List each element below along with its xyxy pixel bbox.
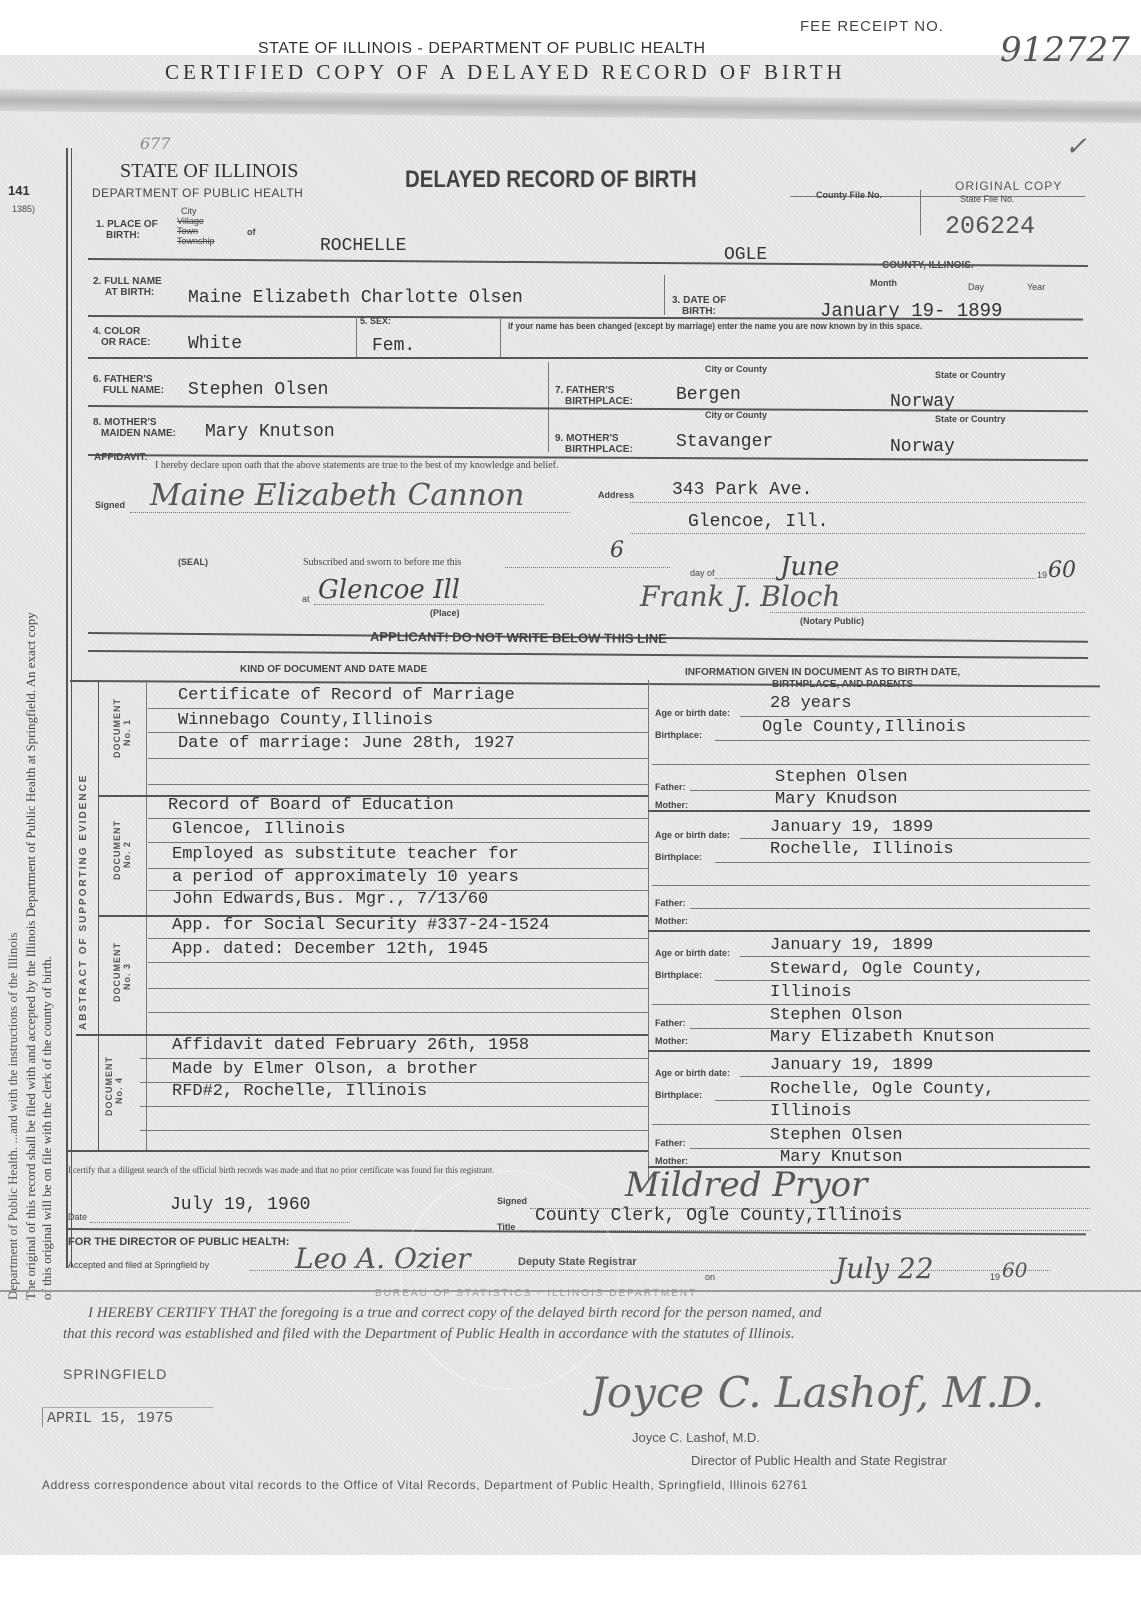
doc-2-rule-1 [148, 818, 648, 819]
address-line-1-rule [630, 502, 1085, 503]
father-name-label: 6. FATHER'S FULL NAME: [93, 374, 164, 396]
option-village: Village [177, 216, 215, 226]
form-title: DELAYED RECORD OF BIRTH [405, 166, 697, 194]
father-label-1: 6. FATHER'S [93, 374, 164, 385]
mother-birthplace-label-1: 9. MOTHER'S [555, 433, 633, 444]
name-date-divider [664, 275, 665, 315]
date-label: Date [68, 1212, 87, 1222]
affidavit-text: I hereby declare upon oath that the abov… [155, 460, 558, 471]
doc-1-mother-label: Mother: [655, 800, 688, 810]
doc-3-rule-1 [148, 938, 648, 939]
doc-3-birthplace-label: Birthplace: [655, 970, 702, 980]
doc-1-mother: Mary Knudson [775, 790, 897, 809]
full-name-label-1: 2. FULL NAME [93, 276, 162, 287]
color-label-2: OR RACE: [93, 337, 150, 348]
doc-3-father-label: Father: [655, 1018, 686, 1028]
doc-3-label-text: DOCUMENT [112, 942, 122, 1002]
doc-2-birthplace-rule-2 [652, 885, 1090, 886]
doc-2-line-4: a period of approximately 10 years [172, 868, 519, 887]
place-of-birth-label-2: BIRTH: [96, 230, 158, 241]
notary-label: (Notary Public) [800, 616, 864, 626]
option-township: Township [177, 236, 215, 246]
doc-3-rule-2 [148, 962, 648, 963]
affidavit-label: AFFIDAVIT: [94, 452, 148, 463]
certification-text: I certify that a diligent search of the … [68, 1166, 494, 1176]
director-signature: Joyce C. Lashof, M.D. [590, 1368, 1044, 1417]
doc-3-mother-label: Mother: [655, 1036, 688, 1046]
mother-name-value: Mary Knutson [205, 422, 335, 442]
notary-line [770, 612, 1085, 613]
doc-1-birthplace-rule-2 [652, 764, 1090, 765]
mother-birthplace-label-2: BIRTHPLACE: [555, 444, 633, 455]
doc-3-age-label: Age or birth date: [655, 948, 730, 958]
state-file-number: 206224 [945, 212, 1035, 241]
sworn-day: 6 [610, 538, 624, 563]
place-of-birth-label-1: 1. PLACE OF [96, 219, 158, 230]
margin-vertical-text-3: of this original will be on file with th… [39, 956, 55, 1300]
doc-1-birthplace-label: Birthplace: [655, 730, 702, 740]
doc-4-age-label: Age or birth date: [655, 1068, 730, 1078]
address-line-2: Glencoe, Ill. [688, 512, 828, 532]
address-label: Address [598, 490, 634, 500]
document-3-label: DOCUMENT No. 3 [112, 942, 132, 1002]
birth-city: ROCHELLE [320, 236, 406, 256]
sworn-month-line [715, 578, 1035, 579]
year-label: Year [1027, 282, 1045, 292]
notary-signature: Frank J. Bloch [640, 580, 840, 613]
doc-2-number: No. 2 [122, 820, 132, 880]
doc-1-birthplace: Ogle County,Illinois [762, 718, 966, 737]
signed-line [130, 512, 570, 513]
color-race-value: White [188, 334, 242, 354]
issue-date: APRIL 15, 1975 [42, 1407, 213, 1427]
certified-copy-title: CERTIFIED COPY OF A DELAYED RECORD OF BI… [165, 60, 846, 85]
evidence-left-header: KIND OF DOCUMENT AND DATE MADE [240, 664, 427, 675]
mother-name-label: 8. MOTHER'S MAIDEN NAME: [93, 417, 176, 439]
doc-3-birthplace-2: Illinois [770, 983, 852, 1002]
certification-date: July 19, 1960 [170, 1195, 310, 1215]
filed-year: 60 [1002, 1258, 1027, 1282]
director-name: Joyce C. Lashof, M.D. [632, 1430, 760, 1445]
father-city-label: City or County [705, 364, 767, 374]
checkmark: ✓ [1065, 132, 1087, 162]
doc-2-rule-2 [148, 842, 648, 843]
director-title: Director of Public Health and State Regi… [691, 1453, 947, 1468]
certify-text-line-1: I HEREBY CERTIFY THAT the foregoing is a… [88, 1305, 822, 1322]
doc-4-birthplace-rule-2 [652, 1124, 1090, 1125]
doc-4-age: January 19, 1899 [770, 1056, 933, 1075]
doc-2-age-label: Age or birth date: [655, 830, 730, 840]
doc-1-father: Stephen Olsen [775, 768, 908, 787]
place-value: Glencoe Ill [318, 575, 460, 605]
dob-label-1: 3. DATE OF [672, 295, 726, 306]
option-city: City [177, 206, 215, 216]
rule-3 [88, 357, 1088, 359]
doc-1-age: 28 years [770, 694, 852, 713]
form-revision: 1385) [12, 204, 35, 214]
doc-4-birthplace-1: Rochelle, Ogle County, [770, 1080, 994, 1099]
on-label: on [705, 1272, 715, 1282]
signed-label: Signed [95, 500, 125, 510]
address-line-1: 343 Park Ave. [672, 480, 812, 500]
year-prefix: 19 [1037, 570, 1047, 580]
doc-4-rule-3 [140, 1106, 648, 1107]
accepted-label: Accepted and filed at Springfield by [68, 1260, 209, 1270]
sex-value: Fem. [372, 336, 415, 356]
form-left-border [66, 148, 68, 1268]
doc-1-line-3: Date of marriage: June 28th, 1927 [178, 734, 515, 753]
doc-4-bottom-rule [66, 1150, 648, 1152]
doc-2-father-label: Father: [655, 898, 686, 908]
father-birthplace-label-1: 7. FATHER'S [555, 385, 633, 396]
doc-3-birthplace-rule-2 [652, 1004, 1090, 1005]
doc-2-right-bottom-rule [648, 930, 1090, 932]
embossed-seal [400, 1170, 620, 1390]
margin-vertical-text-1: Department of Public Health. ...and with… [5, 932, 21, 1300]
doc-1-label-text: DOCUMENT [112, 698, 122, 758]
document-4-label: DOCUMENT No. 4 [104, 1056, 124, 1116]
doc-1-line-1: Certificate of Record of Marriage [178, 686, 515, 705]
doc-1-birthplace-rule [715, 740, 1090, 741]
address-line-2-rule [630, 533, 1085, 534]
doc-1-father-label: Father: [655, 782, 686, 792]
color-label-1: 4. COLOR [93, 326, 150, 337]
father-name-value: Stephen Olsen [188, 380, 328, 400]
doc-4-rule-1 [140, 1058, 648, 1059]
place-line [314, 604, 544, 605]
father-birthplace-label-2: BIRTHPLACE: [555, 396, 633, 407]
year-suffix: 60 [1048, 558, 1076, 583]
county-file-label: County File No. [816, 190, 882, 200]
full-name-value: Maine Elizabeth Charlotte Olsen [188, 288, 523, 308]
mother-label-1: 8. MOTHER'S [93, 417, 176, 428]
mother-birth-country: Norway [890, 437, 955, 457]
doc-2-line-5: John Edwards,Bus. Mgr., 7/13/60 [172, 890, 488, 909]
director-label: FOR THE DIRECTOR OF PUBLIC HEALTH: [68, 1236, 289, 1248]
name-change-note: If your name has been changed (except by… [508, 321, 922, 331]
filed-year-prefix: 19 [990, 1272, 1000, 1282]
doc-4-father-label: Father: [655, 1138, 686, 1148]
doc-4-age-rule [740, 1076, 1090, 1077]
color-race-label: 4. COLOR OR RACE: [93, 326, 150, 348]
doc-2-father-rule [690, 908, 1090, 909]
doc-2-mother-label: Mother: [655, 916, 688, 926]
doc-3-number: No. 3 [122, 942, 132, 1002]
month-label: Month [870, 278, 897, 288]
sex-note-divider [500, 316, 501, 358]
seal-label: (SEAL) [178, 557, 208, 567]
margin-vertical-text-2: The original of this record shall be fil… [23, 612, 39, 1300]
doc-3-line-1: App. for Social Security #337-24-1524 [172, 916, 549, 935]
doc-4-father: Stephen Olsen [770, 1126, 903, 1145]
state-of-illinois: STATE OF ILLINOIS [120, 160, 298, 183]
clerk-signature: Mildred Pryor [625, 1165, 867, 1205]
correspondence-note: Address correspondence about vital recor… [42, 1478, 808, 1492]
father-label-2: FULL NAME: [93, 385, 164, 396]
day-of-label: day of [690, 568, 715, 578]
place-of-birth-label: 1. PLACE OF BIRTH: [96, 219, 158, 241]
day-label: Day [968, 282, 984, 292]
document-2-label: DOCUMENT No. 2 [112, 820, 132, 880]
full-name-label: 2. FULL NAME AT BIRTH: [93, 276, 162, 298]
doc-2-birthplace-label: Birthplace: [655, 852, 702, 862]
do-not-write-notice: APPLICANT! DO NOT WRITE BELOW THIS LINE [370, 629, 667, 646]
handwritten-number: 677 [140, 134, 171, 153]
doc-1-line-2: Winnebago County,Illinois [178, 711, 433, 730]
form-left-border-inner [71, 148, 72, 1268]
date-line [90, 1222, 350, 1223]
evidence-right-header-1: INFORMATION GIVEN IN DOCUMENT AS TO BIRT… [685, 667, 960, 678]
certify-text-line-2: that this record was established and fil… [63, 1326, 795, 1343]
place-label: (Place) [430, 608, 460, 618]
doc-4-label-text: DOCUMENT [104, 1056, 114, 1116]
full-name-label-2: AT BIRTH: [93, 287, 162, 298]
at-label: at [302, 594, 310, 604]
place-of-label: of [247, 227, 256, 237]
state-file-label: State File No. [960, 194, 1015, 204]
mother-city-label: City or County [705, 410, 767, 420]
doc-1-age-rule [740, 716, 1090, 717]
department-name: DEPARTMENT OF PUBLIC HEALTH [92, 186, 303, 200]
doc-2-birthplace-rule [715, 862, 1090, 863]
doc-4-birthplace-2: Illinois [770, 1102, 852, 1121]
doc-3-right-bottom-rule [648, 1050, 1090, 1052]
sworn-text: Subscribed and sworn to before me this [303, 557, 461, 568]
doc-3-birthplace-1: Steward, Ogle County, [770, 960, 984, 979]
doc-3-age: January 19, 1899 [770, 936, 933, 955]
agency-line: STATE OF ILLINOIS - DEPARTMENT OF PUBLIC… [258, 40, 706, 58]
mother-birth-city: Stavanger [676, 432, 773, 452]
doc-1-rule-4 [148, 784, 648, 785]
dob-label-2: BIRTH: [672, 306, 726, 317]
fee-receipt-label: FEE RECEIPT NO. [800, 18, 944, 35]
document-1-label: DOCUMENT No. 1 [112, 698, 132, 758]
doc-2-label-text: DOCUMENT [112, 820, 122, 880]
mother-state-label: State or Country [935, 414, 1006, 424]
doc-3-rule-3 [148, 988, 648, 989]
option-town: Town [177, 226, 215, 236]
doc-4-line-3: RFD#2, Rochelle, Illinois [172, 1082, 427, 1101]
doc-2-age: January 19, 1899 [770, 818, 933, 837]
place-type-options: City Village Town Township [177, 206, 215, 246]
father-birth-city: Bergen [676, 385, 741, 405]
doc-3-mother: Mary Elizabeth Knutson [770, 1028, 994, 1047]
supporting-evidence-side-label: ABSTRACT OF SUPPORTING EVIDENCE [78, 774, 89, 1030]
mother-label-2: MAIDEN NAME: [93, 428, 176, 439]
date-of-birth-label: 3. DATE OF BIRTH: [672, 295, 726, 317]
color-sex-divider [356, 316, 357, 358]
doc-2-line-2: Glencoe, Illinois [172, 820, 345, 839]
doc-3-birthplace-rule [715, 980, 1090, 981]
doc-4-birthplace-label: Birthplace: [655, 1090, 702, 1100]
doc-4-rule-4 [140, 1130, 648, 1131]
form-number: 141 [8, 183, 30, 198]
doc-1-right-bottom-rule [648, 810, 1090, 812]
doc-1-rule-3 [148, 758, 648, 759]
father-state-label: State or Country [935, 370, 1006, 380]
doc-2-birthplace: Rochelle, Illinois [770, 840, 954, 859]
filed-date: July 22 [835, 1252, 934, 1285]
doc-3-father: Stephen Olson [770, 1006, 903, 1025]
doc-1-rule-2 [148, 732, 648, 733]
springfield-label: SPRINGFIELD [63, 1366, 167, 1382]
father-birthplace-label: 7. FATHER'S BIRTHPLACE: [555, 385, 633, 407]
doc-4-number: No. 4 [114, 1056, 124, 1116]
original-copy: ORIGINAL COPY [955, 179, 1062, 193]
doc-3-line-2: App. dated: December 12th, 1945 [172, 940, 488, 959]
sex-label: 5. SEX: [360, 316, 391, 326]
fee-receipt-number: 912727 [1000, 30, 1130, 70]
mother-birthplace-label: 9. MOTHER'S BIRTHPLACE: [555, 433, 633, 455]
doc-2-line-1: Record of Board of Education [168, 796, 454, 815]
doc-1-number: No. 1 [122, 698, 132, 758]
doc-2-age-rule [740, 838, 1090, 839]
doc-2-line-3: Employed as substitute teacher for [172, 845, 519, 864]
doc-3-rule-4 [148, 1012, 648, 1013]
sworn-day-line [505, 567, 670, 568]
doc-3-age-rule [740, 956, 1090, 957]
doc-4-line-1: Affidavit dated February 26th, 1958 [172, 1036, 529, 1055]
doc-1-rule-1 [148, 708, 648, 709]
doc-4-line-2: Made by Elmer Olson, a brother [172, 1060, 478, 1079]
doc-1-age-label: Age or birth date: [655, 708, 730, 718]
doc-4-birthplace-rule [715, 1100, 1090, 1101]
applicant-signature: Maine Elizabeth Cannon [150, 478, 524, 513]
file-box-divider [920, 190, 921, 235]
